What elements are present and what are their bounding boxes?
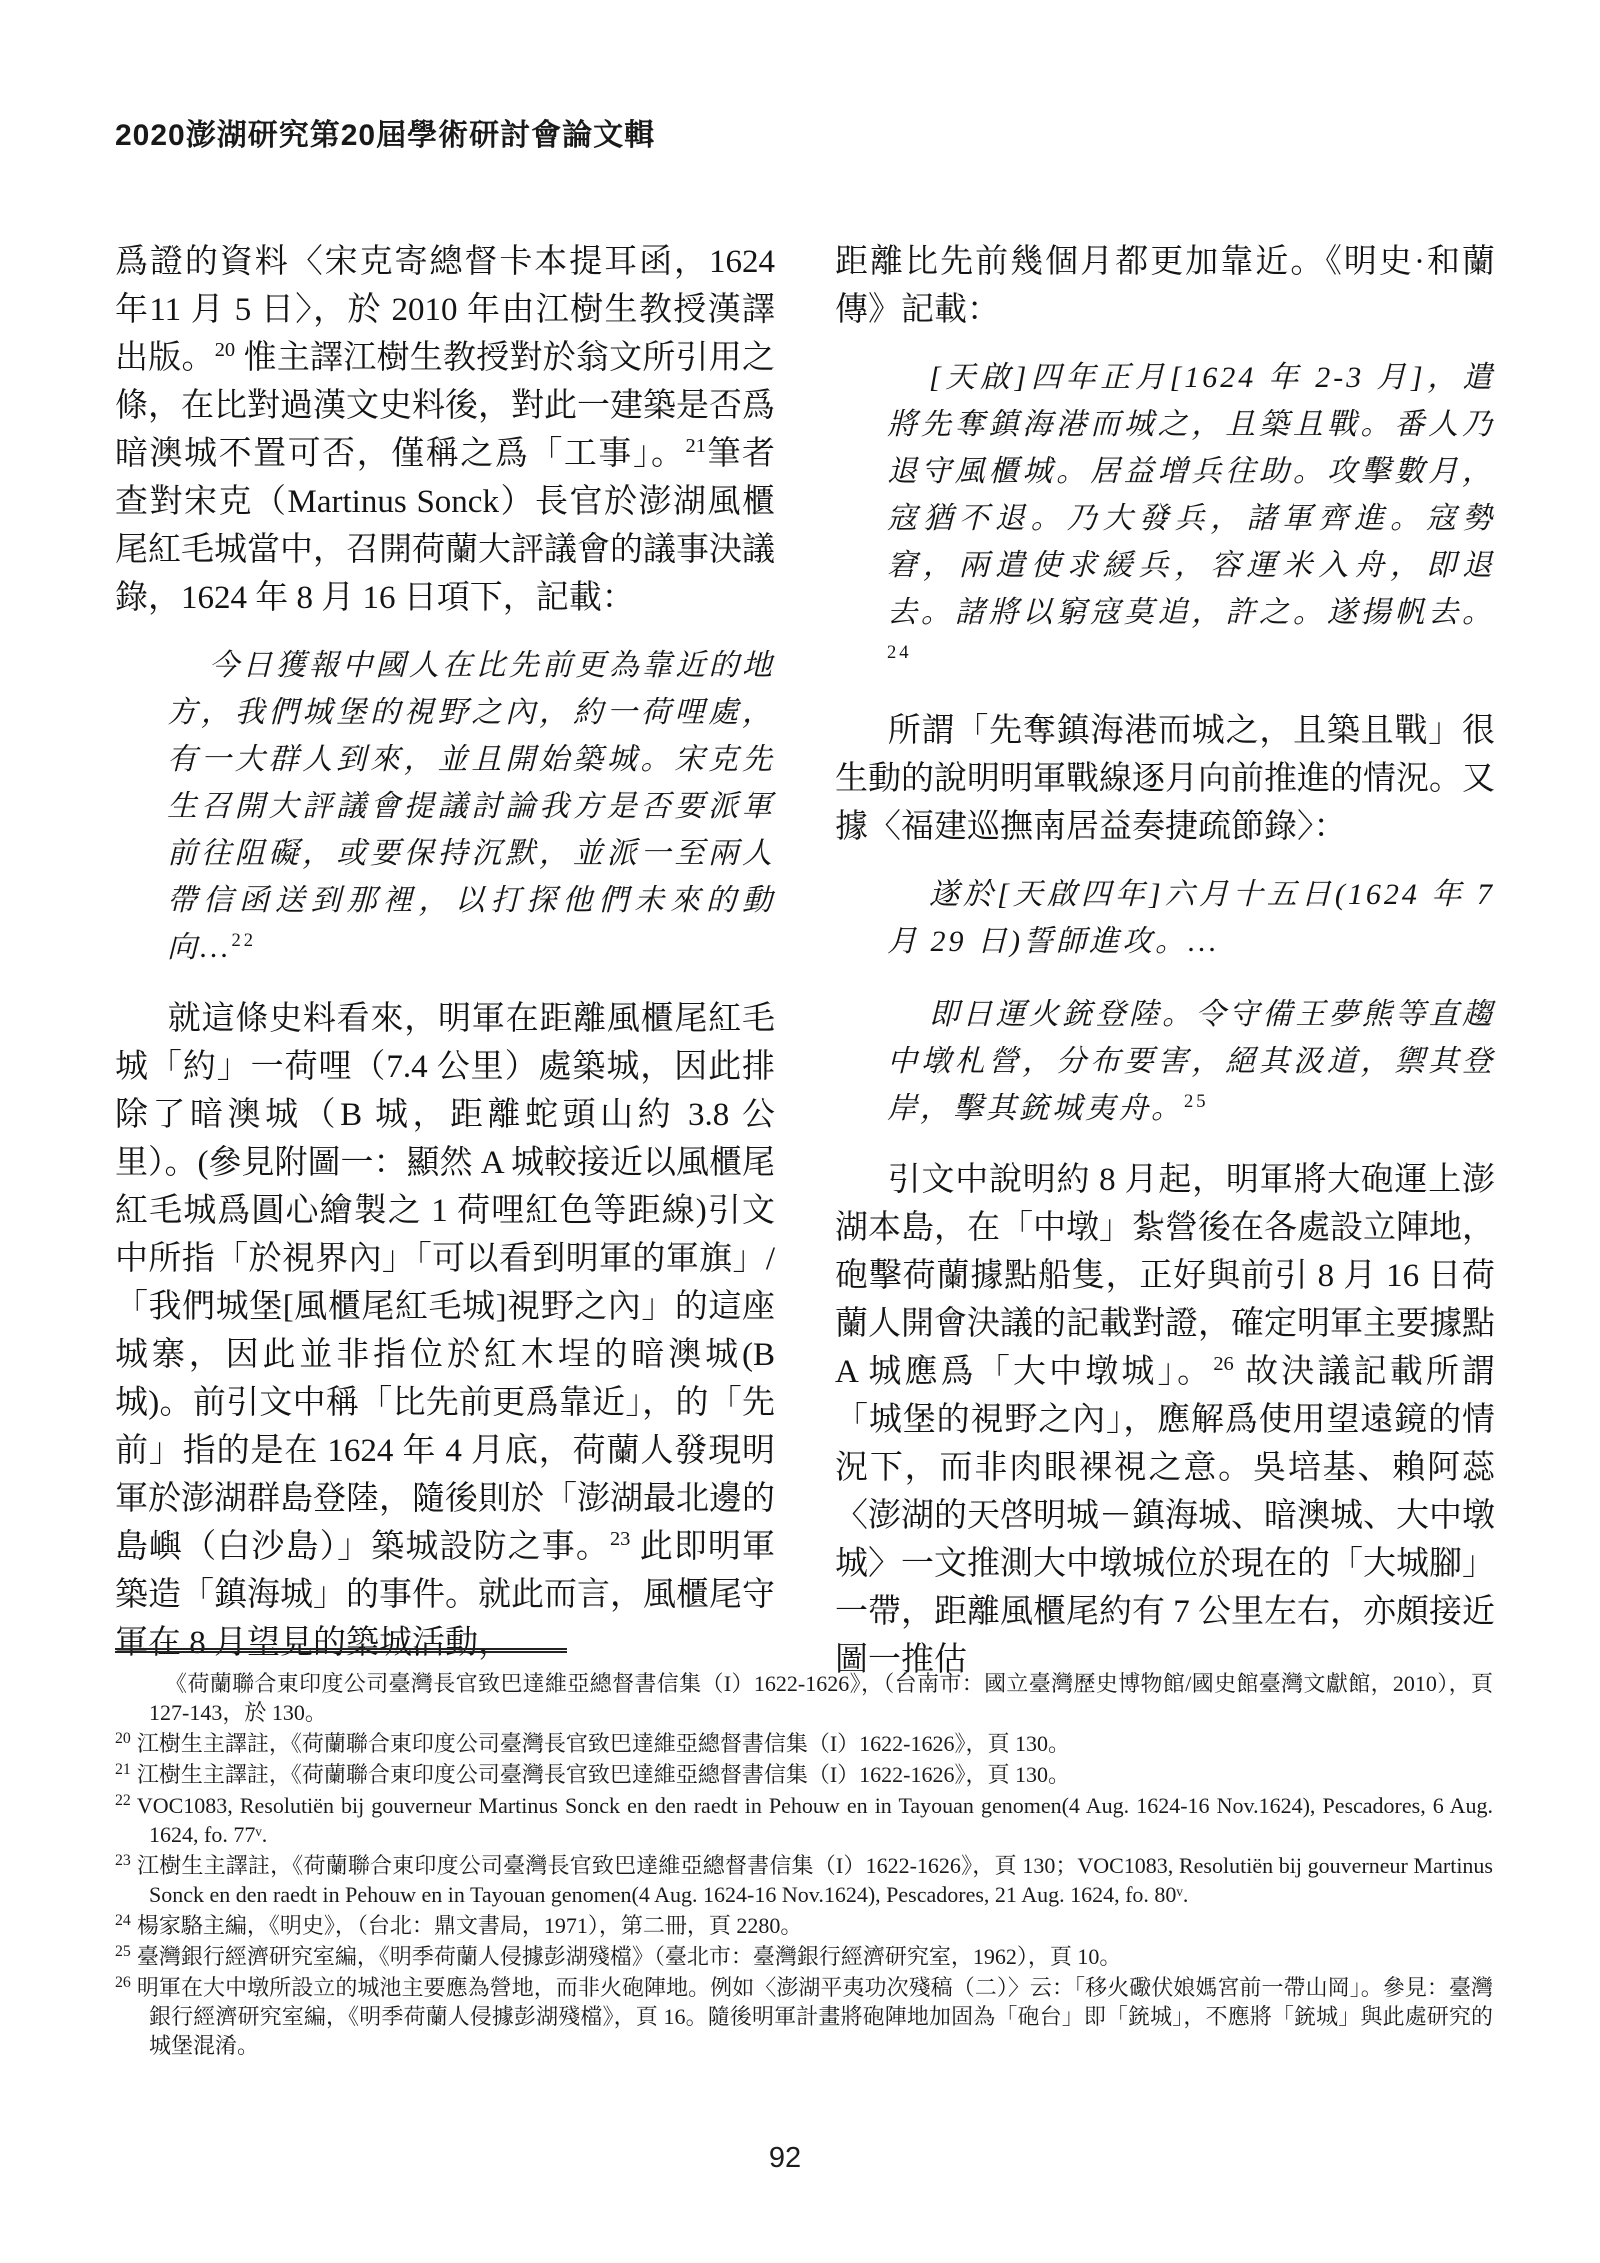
footnote-number: 25 [115,1943,131,1960]
paper-page: 2020澎湖研究第20屆學術研討會論文輯 爲證的資料〈宋克寄總督卡本提耳函，16… [0,0,1600,2263]
footnote: 25臺灣銀行經濟研究室編，《明季荷蘭人侵據彭湖殘檔》（臺北市：臺灣銀行經濟研究室… [115,1942,1493,1971]
footnote-text: 江樹生主譯註，《荷蘭聯合東印度公司臺灣長官致巴達維亞總督書信集（I）1622-1… [137,1731,1070,1756]
footnote-number: 21 [115,1761,131,1778]
left-column: 爲證的資料〈宋克寄總督卡本提耳函，1624 年11 月 5 日〉，於 2010 … [115,238,775,1684]
footnote-text: 臺灣銀行經濟研究室編，《明季荷蘭人侵據彭湖殘檔》（臺北市：臺灣銀行經濟研究室，1… [137,1944,1122,1969]
footnote-area: 《荷蘭聯合東印度公司臺灣長官致巴達維亞總督書信集（I）1622-1626》，（台… [115,1648,1493,2062]
footnote-marker: 24 [887,642,912,663]
footnote-text: 江樹生主譯註，《荷蘭聯合東印度公司臺灣長官致巴達維亞總督書信集（I）1622-1… [137,1853,1493,1907]
footnote: 22VOC1083, Resolutiën bij gouverneur Mar… [115,1791,1493,1849]
footnote-text: 楊家駱主編，《明史》，（台北：鼎文書局，1971），第二冊，頁 2280。 [137,1913,803,1938]
footnote: 24楊家駱主編，《明史》，（台北：鼎文書局，1971），第二冊，頁 2280。 [115,1911,1493,1940]
footnote-number: 22 [115,1792,131,1809]
footnote: 23江樹生主譯註，《荷蘭聯合東印度公司臺灣長官致巴達維亞總督書信集（I）1622… [115,1851,1493,1909]
paragraph: 就這條史料看來，明軍在距離風櫃尾紅毛城「約」一荷哩（7.4 公里）處築城，因此排… [115,995,775,1667]
footnote-separator [115,1648,567,1653]
footnote-text: VOC1083, Resolutiën bij gouverneur Marti… [137,1793,1493,1847]
paragraph: 爲證的資料〈宋克寄總督卡本提耳函，1624 年11 月 5 日〉，於 2010 … [115,238,775,622]
running-header: 2020澎湖研究第20屆學術研討會論文輯 [115,110,655,154]
footnote-marker: 20 [215,339,235,361]
block-quote: 遂於[天啟四年]六月十五日(1624 年 7 月 29 日)誓師進攻。... [835,871,1495,965]
block-quote: [天啟]四年正月[1624 年 2-3 月]，遣將先奪鎮海港而城之，且築且戰。番… [835,354,1495,683]
footnote-number: 20 [115,1730,131,1747]
footnote-number: 24 [115,1912,131,1929]
footnote: 21江樹生主譯註，《荷蘭聯合東印度公司臺灣長官致巴達維亞總督書信集（I）1622… [115,1760,1493,1789]
footnote-marker: 21 [686,435,706,457]
text-run: [天啟]四年正月[1624 年 2-3 月]，遣將先奪鎮海港而城之，且築且戰。番… [887,361,1495,629]
block-quote: 今日獲報中國人在比先前更為靠近的地方，我們城堡的視野之內，約一荷哩處，有一大群人… [115,642,775,971]
footnote-text: 江樹生主譯註，《荷蘭聯合東印度公司臺灣長官致巴達維亞總督書信集（I）1622-1… [137,1762,1070,1787]
right-column: 距離比先前幾個月都更加靠近。《明史·和蘭傳》記載： [天啟]四年正月[1624 … [835,238,1495,1684]
footnote: 26明軍在大中墩所設立的城池主要應為營地，而非火砲陣地。例如〈澎湖平夷功次殘稿（… [115,1973,1493,2060]
footnote-marker: 26 [1213,1353,1233,1375]
text-run: 今日獲報中國人在比先前更為靠近的地方，我們城堡的視野之內，約一荷哩處，有一大群人… [167,649,775,964]
footnote-number: 23 [115,1852,131,1869]
page-number: 92 [0,2142,1570,2175]
paragraph: 所謂「先奪鎮海港而城之，且築且戰」很生動的說明明軍戰線逐月向前推進的情況。又據〈… [835,707,1495,851]
footnote-marker: 22 [232,930,257,951]
paragraph: 距離比先前幾個月都更加靠近。《明史·和蘭傳》記載： [835,238,1495,334]
footnote-number: 26 [115,1974,131,1991]
footnote: 20江樹生主譯註，《荷蘭聯合東印度公司臺灣長官致巴達維亞總督書信集（I）1622… [115,1729,1493,1758]
footnote-text: 《荷蘭聯合東印度公司臺灣長官致巴達維亞總督書信集（I）1622-1626》，（台… [149,1671,1493,1725]
block-quote: 即日運火銃登陸。令守備王夢熊等直趨中墩札營，分布要害，絕其汲道，禦其登岸，擊其銃… [835,991,1495,1132]
text-run: 故決議記載所謂「城堡的視野之內」，應解爲使用望遠鏡的情況下，而非肉眼裸視之意。吳… [835,1354,1495,1678]
footnote-marker: 23 [610,1528,630,1550]
footnote-marker: 25 [1184,1091,1209,1112]
footnote: 《荷蘭聯合東印度公司臺灣長官致巴達維亞總督書信集（I）1622-1626》，（台… [115,1669,1493,1727]
footnote-text: 明軍在大中墩所設立的城池主要應為營地，而非火砲陣地。例如〈澎湖平夷功次殘稿（二）… [137,1975,1493,2058]
paragraph: 引文中說明約 8 月起，明軍將大砲運上澎湖本島，在「中墩」紮營後在各處設立陣地，… [835,1156,1495,1684]
text-run: 就這條史料看來，明軍在距離風櫃尾紅毛城「約」一荷哩（7.4 公里）處築城，因此排… [115,1001,775,1565]
text-columns: 爲證的資料〈宋克寄總督卡本提耳函，1624 年11 月 5 日〉，於 2010 … [115,238,1495,1684]
